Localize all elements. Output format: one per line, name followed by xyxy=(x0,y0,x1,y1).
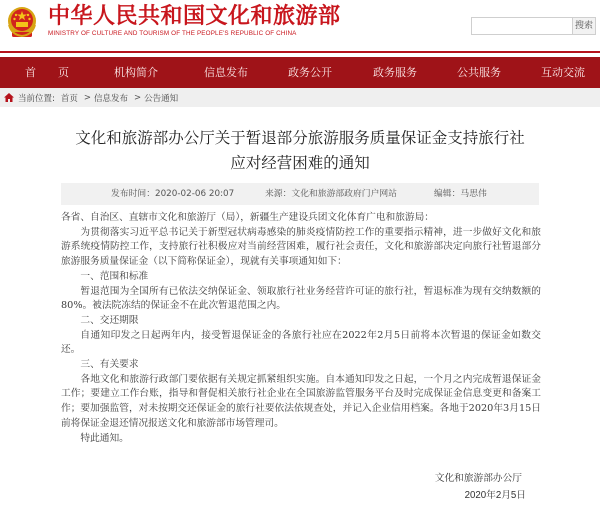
breadcrumb: 当前位置: 首页 > 信息发布 > 公告通知 xyxy=(0,88,600,107)
main-nav: 首 页 机构简介 信息发布 政务公开 政务服务 公共服务 互动交流 xyxy=(0,57,600,88)
salutation: 各省、自治区、直辖市文化和旅游厅（局），新疆生产建设兵团文化体育广电和旅游局： xyxy=(61,211,541,226)
nav-item-home[interactable]: 首 页 xyxy=(25,57,69,88)
breadcrumb-notices[interactable]: 公告通知 xyxy=(144,92,178,104)
breadcrumb-separator: > xyxy=(84,93,91,103)
signature-org: 文化和旅游部办公厅 xyxy=(362,470,522,484)
article-editor: 编辑：马思伟 xyxy=(434,183,487,205)
nav-item-about[interactable]: 机构简介 xyxy=(114,57,158,88)
paragraph-scope: 暂退范围为全国所有已依法交纳保证金、领取旅行社业务经营许可证的旅行社，暂退标准为… xyxy=(61,285,541,314)
search-button[interactable]: 搜索 xyxy=(573,17,596,35)
breadcrumb-news[interactable]: 信息发布 xyxy=(94,92,128,104)
breadcrumb-separator: > xyxy=(134,93,141,103)
nav-item-interaction[interactable]: 互动交流 xyxy=(541,57,585,88)
signature-date: 2020年2月5日 xyxy=(366,487,526,501)
section-heading-requirements: 三、有关要求 xyxy=(61,358,541,373)
article-source: 来源：文化和旅游部政府门户网站 xyxy=(265,183,397,205)
home-icon xyxy=(4,93,14,102)
paragraph-intro: 为贯彻落实习近平总书记关于新型冠状病毒感染的肺炎疫情防控工作的重要指示精神，进一… xyxy=(61,226,541,270)
article-body: 各省、自治区、直辖市文化和旅游厅（局），新疆生产建设兵团文化体育广电和旅游局： … xyxy=(61,211,541,446)
search-form: 搜索 xyxy=(471,17,596,35)
breadcrumb-label: 当前位置: xyxy=(18,92,55,104)
paragraph-requirements: 各地文化和旅游行政部门要依据有关规定抓紧组织实施。自本通知印发之日起，一个月之内… xyxy=(61,373,541,432)
national-emblem-icon xyxy=(6,5,38,39)
section-heading-scope: 一、范围和标准 xyxy=(61,270,541,285)
breadcrumb-home[interactable]: 首页 xyxy=(61,92,78,104)
section-heading-deadline: 二、交还期限 xyxy=(61,314,541,329)
nav-item-news[interactable]: 信息发布 xyxy=(204,57,248,88)
search-input[interactable] xyxy=(471,17,573,35)
article-title-line1: 文化和旅游部办公厅关于暂退部分旅游服务质量保证金支持旅行社 xyxy=(0,128,600,148)
header-divider xyxy=(0,51,600,53)
article-meta: 发布时间：2020-02-06 20:07 来源：文化和旅游部政府门户网站 编辑… xyxy=(61,183,539,205)
nav-item-public-services[interactable]: 公共服务 xyxy=(457,57,501,88)
site-subtitle: MINISTRY OF CULTURE AND TOURISM OF THE P… xyxy=(48,30,297,37)
site-header: 中华人民共和国文化和旅游部 MINISTRY OF CULTURE AND TO… xyxy=(0,0,600,52)
paragraph-deadline: 自通知印发之日起两年内，接受暂退保证金的各旅行社应在2022年2月5日前将本次暂… xyxy=(61,329,541,358)
closing-line: 特此通知。 xyxy=(61,432,541,447)
nav-item-government-services[interactable]: 政务服务 xyxy=(373,57,417,88)
nav-item-government-affairs[interactable]: 政务公开 xyxy=(288,57,332,88)
publish-time: 发布时间：2020-02-06 20:07 xyxy=(111,183,234,205)
site-title[interactable]: 中华人民共和国文化和旅游部 xyxy=(48,4,341,30)
article-title-line2: 应对经营困难的通知 xyxy=(0,153,600,173)
